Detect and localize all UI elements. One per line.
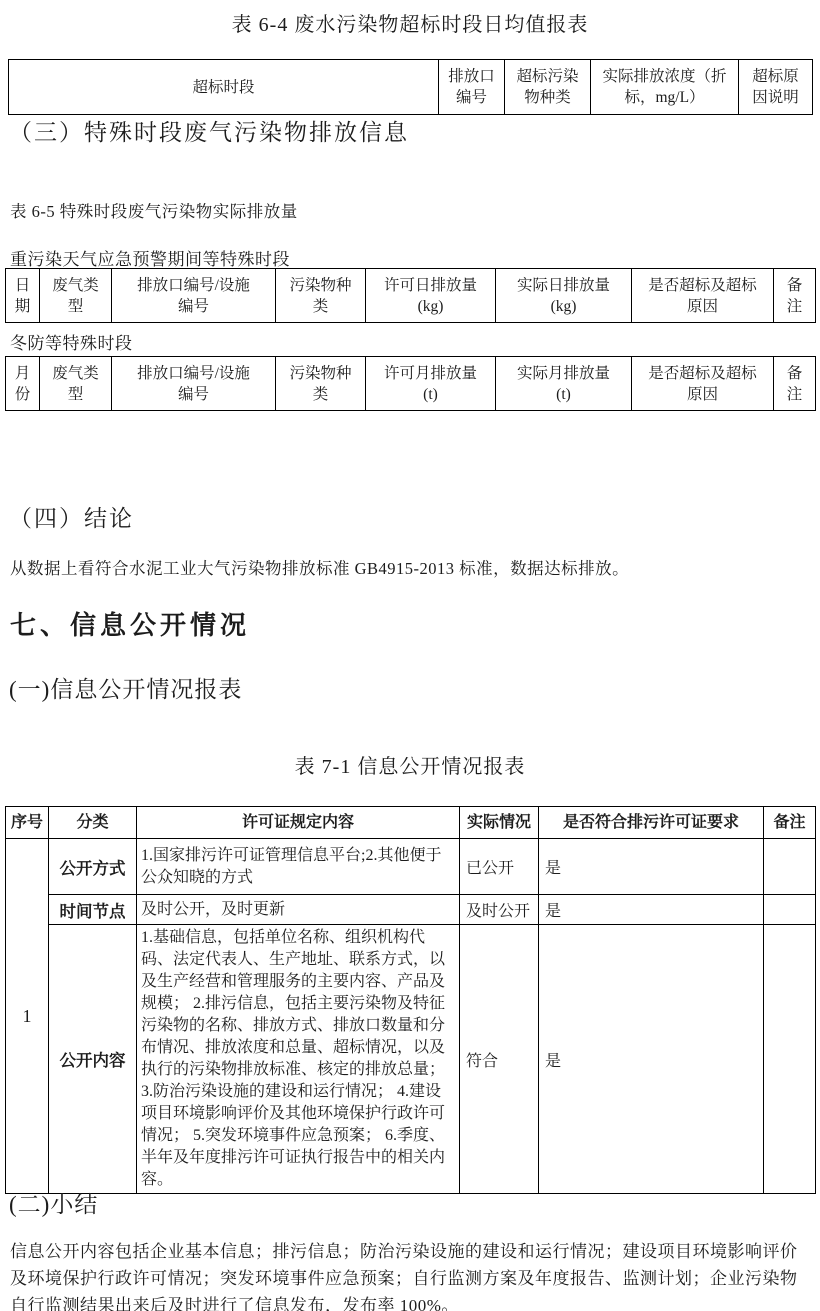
report-page: 表 6-4 废水污染物超标时段日均值报表 超标时段 排放口 编号 超标污染 物种… [0, 0, 820, 1311]
header-category: 分类 [49, 807, 137, 839]
table-row-disclosure-method: 1 公开方式 1.国家排污许可证管理信息平台;2.其他便于公众知晓的方式 已公开… [6, 839, 816, 895]
header-exceedance-period: 超标时段 [9, 60, 439, 115]
table-row: 日 期 废气类 型 排放口编号/设施 编号 污染物种 类 许可日排放量 (kg)… [6, 269, 816, 323]
header-permitted-daily-emission: 许可日排放量 (kg) [366, 269, 496, 323]
header-gas-type: 废气类 型 [40, 269, 112, 323]
info-disclosure-table: 序号 分类 许可证规定内容 实际情况 是否符合排污许可证要求 备注 1 公开方式… [5, 806, 816, 1194]
category-cell: 公开内容 [49, 925, 137, 1194]
section-3-heading: （三）特殊时段废气污染物排放信息 [9, 114, 409, 147]
required-content-cell: 及时公开，及时更新 [137, 895, 460, 925]
chapter-7-heading: 七、信息公开情况 [10, 605, 250, 642]
conclusion-text: 从数据上看符合水泥工业大气污染物排放标准 GB4915-2013 标准，数据达标… [10, 555, 790, 579]
section-4-heading: （四）结论 [9, 500, 134, 533]
header-pollutant-type: 污染物种 类 [276, 269, 366, 323]
required-content-cell: 1.基础信息，包括单位名称、组织机构代码、法定代表人、生产地址、联系方式，以及生… [137, 925, 460, 1194]
summary-text: 信息公开内容包括企业基本信息；排污信息；防治污染设施的建设和运行情况；建设项目环… [10, 1238, 812, 1311]
header-gas-type: 废气类 型 [40, 357, 112, 411]
table-6-4-caption: 表 6-4 废水污染物超标时段日均值报表 [0, 8, 820, 37]
section-7-2-heading: (二)小结 [9, 1186, 98, 1219]
header-month: 月 份 [6, 357, 40, 411]
table-row-disclosure-content: 公开内容 1.基础信息，包括单位名称、组织机构代码、法定代表人、生产地址、联系方… [6, 925, 816, 1194]
header-serial: 序号 [6, 807, 49, 839]
header-exceedance-and-reason: 是否超标及超标 原因 [632, 269, 774, 323]
header-exceedance-and-reason: 是否超标及超标 原因 [632, 357, 774, 411]
daily-emission-table: 日 期 废气类 型 排放口编号/设施 编号 污染物种 类 许可日排放量 (kg)… [5, 268, 816, 323]
compliant-cell: 是 [539, 839, 764, 895]
compliant-cell: 是 [539, 925, 764, 1194]
winter-period-label: 冬防等特殊时段 [10, 329, 133, 354]
header-pollutant-type: 污染物种 类 [276, 357, 366, 411]
table-row-time-node: 时间节点 及时公开，及时更新 及时公开 是 [6, 895, 816, 925]
actual-cell: 已公开 [460, 839, 539, 895]
header-outlet-facility-number: 排放口编号/设施 编号 [112, 269, 276, 323]
header-permitted-monthly-emission: 许可月排放量 (t) [366, 357, 496, 411]
serial-cell: 1 [6, 839, 49, 1194]
header-remark: 备 注 [774, 269, 816, 323]
required-content-cell: 1.国家排污许可证管理信息平台;2.其他便于公众知晓的方式 [137, 839, 460, 895]
remark-cell [764, 839, 816, 895]
actual-cell: 符合 [460, 925, 539, 1194]
header-date: 日 期 [6, 269, 40, 323]
monthly-emission-table: 月 份 废气类 型 排放口编号/设施 编号 污染物种 类 许可月排放量 (t) … [5, 356, 816, 411]
category-cell: 时间节点 [49, 895, 137, 925]
header-actual-daily-emission: 实际日排放量 (kg) [496, 269, 632, 323]
header-actual-monthly-emission: 实际月排放量 (t) [496, 357, 632, 411]
table-row: 月 份 废气类 型 排放口编号/设施 编号 污染物种 类 许可月排放量 (t) … [6, 357, 816, 411]
header-outlet-facility-number: 排放口编号/设施 编号 [112, 357, 276, 411]
header-actual-situation: 实际情况 [460, 807, 539, 839]
remark-cell [764, 895, 816, 925]
header-remark: 备 注 [774, 357, 816, 411]
compliant-cell: 是 [539, 895, 764, 925]
category-cell: 公开方式 [49, 839, 137, 895]
header-compliance: 是否符合排污许可证要求 [539, 807, 764, 839]
table-row: 超标时段 排放口 编号 超标污染 物种类 实际排放浓度（折 标，mg/L） 超标… [9, 60, 813, 115]
table-header-row: 序号 分类 许可证规定内容 实际情况 是否符合排污许可证要求 备注 [6, 807, 816, 839]
remark-cell [764, 925, 816, 1194]
header-exceedance-reason: 超标原 因说明 [739, 60, 813, 115]
header-pollutant-type: 超标污染 物种类 [505, 60, 591, 115]
section-7-1-heading: (一)信息公开情况报表 [9, 671, 242, 704]
header-outlet-number: 排放口 编号 [439, 60, 505, 115]
header-permit-required-content: 许可证规定内容 [137, 807, 460, 839]
header-actual-concentration: 实际排放浓度（折 标，mg/L） [591, 60, 739, 115]
table-7-1-caption: 表 7-1 信息公开情况报表 [0, 750, 820, 779]
actual-cell: 及时公开 [460, 895, 539, 925]
wastewater-exceedance-table: 超标时段 排放口 编号 超标污染 物种类 实际排放浓度（折 标，mg/L） 超标… [8, 59, 813, 115]
header-remark: 备注 [764, 807, 816, 839]
heavy-pollution-period-label: 重污染天气应急预警期间等特殊时段 [10, 245, 290, 270]
table-6-5-caption: 表 6-5 特殊时段废气污染物实际排放量 [10, 198, 298, 222]
